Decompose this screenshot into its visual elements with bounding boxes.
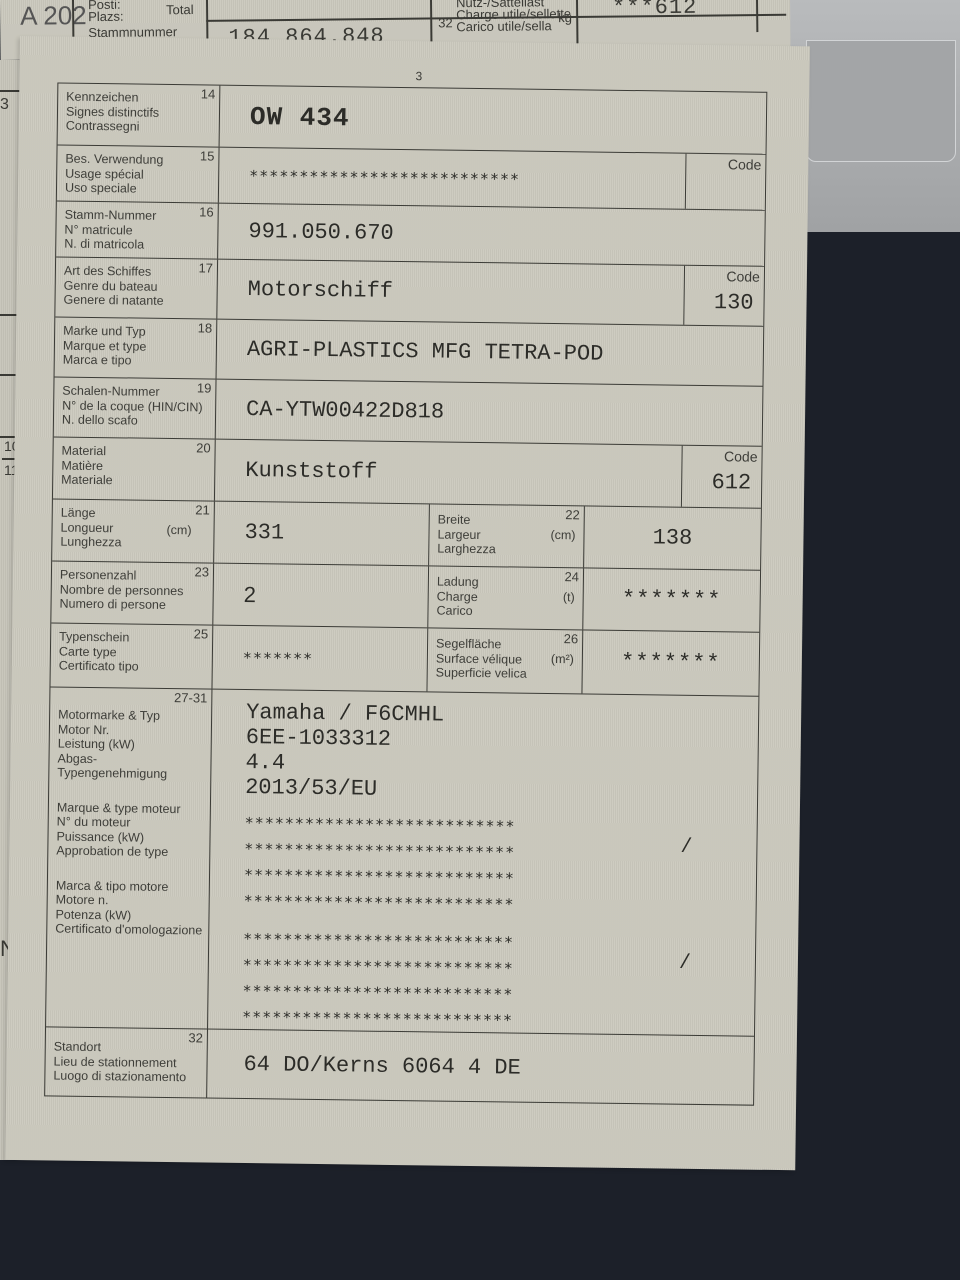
back-field-32-value: ***612 [612,0,697,21]
field-label-persons: 23 PersonenzahlNombre de personnesNumero… [51,561,214,624]
back-field-27-labels: Posti:Plazs: [88,0,124,23]
type-certificate-value: ******* [212,626,427,692]
field-15-special-use: 15 Bes. VerwendungUsage spécialUso speci… [57,146,766,211]
field-label-engine: 27-31 Motormarke & TypMotor Nr.Leistung … [46,687,212,1028]
field-19-hull-number: 19 Schalen-NummerN° de la coque (HIN/CIN… [54,377,763,446]
boat-type-code: Code 130 [683,266,764,326]
field-label-length: 21 (cm) LängeLongueurLunghezza [52,499,215,562]
back-field-32-unit: kg [558,12,572,24]
field-label: 14 KennzeichenSignes distinctifsContrass… [58,84,221,147]
registration-form: 14 KennzeichenSignes distinctifsContrass… [44,82,767,1105]
special-use-code: Code [685,154,766,210]
field-label: 15 Bes. VerwendungUsage spécialUso speci… [57,146,220,203]
registry-number-value: 991.050.670 [218,204,765,266]
engine-labels-fr: Marque & type moteurN° du moteurPuissanc… [56,800,206,860]
engine-labels-de: Motormarke & TypMotor Nr.Leistung (kW)Ab… [57,708,207,782]
load-value: ******* [583,568,760,631]
engine2-separator: / [680,836,692,859]
field-16-registry-number: 16 Stamm-NummerN° matriculeN. di matrico… [56,201,765,266]
background-card [806,40,956,162]
registration-page: 3 14 KennzeichenSignes distinctifsContra… [5,36,810,1170]
special-use-value: *************************** [219,148,686,209]
back-field-32-number: 32 [438,17,453,29]
field-label: 19 Schalen-NummerN° de la coque (HIN/CIN… [54,377,217,438]
field-label-width: 22 (cm) BreiteLargeurLarghezza [428,504,585,567]
field-label-type-certificate: 25 TypenscheinCarte typeCertificato tipo [50,623,213,688]
back-field-27-total: Total [166,4,194,16]
field-18-make-model: 18 Marke und TypMarque et typeMarca e ti… [55,317,764,386]
field-27-31-engine: 27-31 Motormarke & TypMotor Nr.Leistung … [46,687,758,1036]
material-value: Kunststoff [215,440,682,507]
field-label: 32 StandortLieu de stationnementLuogo di… [45,1027,208,1097]
field-14-registration-mark: 14 KennzeichenSignes distinctifsContrass… [58,84,767,155]
engine-labels-it: Marca & tipo motoreMotore n.Potenza (kW)… [55,878,205,938]
field-21-22-length-width: 21 (cm) LängeLongueurLunghezza 331 22 (c… [52,499,761,570]
field-label: 20 MaterialMatièreMateriale [53,437,216,500]
field-32-location: 32 StandortLieu de stationnementLuogo di… [45,1027,754,1104]
field-label: 18 Marke und TypMarque et typeMarca e ti… [55,317,218,378]
field-23-24-persons-load: 23 PersonenzahlNombre de personnesNumero… [51,561,760,632]
material-code: Code 612 [681,446,762,508]
field-25-26-type-cert-sail-area: 25 TypenscheinCarte typeCertificato tipo… [50,623,759,696]
boat-type-value: Motorschiff [217,260,684,325]
left-marker-3: 3 [0,96,9,114]
field-label-load: 24 (t) LadungChargeCarico [427,566,584,629]
hull-number-value: CA-YTW00422D818 [216,380,763,446]
engine-values: Yamaha / F6CMHL 6EE-1033312 4.4 2013/53/… [208,690,758,1036]
back-partial-text: A 202 [20,9,87,22]
field-20-material: 20 MaterialMatièreMateriale Kunststoff C… [53,437,762,508]
field-17-boat-type: 17 Art des SchiffesGenre du bateauGenere… [55,257,764,326]
back-field-32-labels: Nutz-/SattellastCharge utile/selletteCar… [456,0,571,33]
registration-mark-value: OW 434 [220,86,767,154]
sail-area-value: ******* [582,630,759,695]
page-number: 3 [415,69,422,83]
field-label: 16 Stamm-NummerN° matriculeN. di matrico… [56,201,219,258]
field-label-sail-area: 26 (m²) SegelflächeSurface véliqueSuperf… [426,628,583,693]
length-value: 331 [214,502,429,566]
persons-value: 2 [213,564,428,628]
field-label: 17 Art des SchiffesGenre du bateauGenere… [55,257,218,318]
engine3-separator: / [679,952,691,975]
width-value: 138 [584,506,761,569]
location-value: 64 DO/Kerns 6064 4 DE [207,1030,754,1105]
make-model-value: AGRI-PLASTICS MFG TETRA-POD [217,320,764,386]
